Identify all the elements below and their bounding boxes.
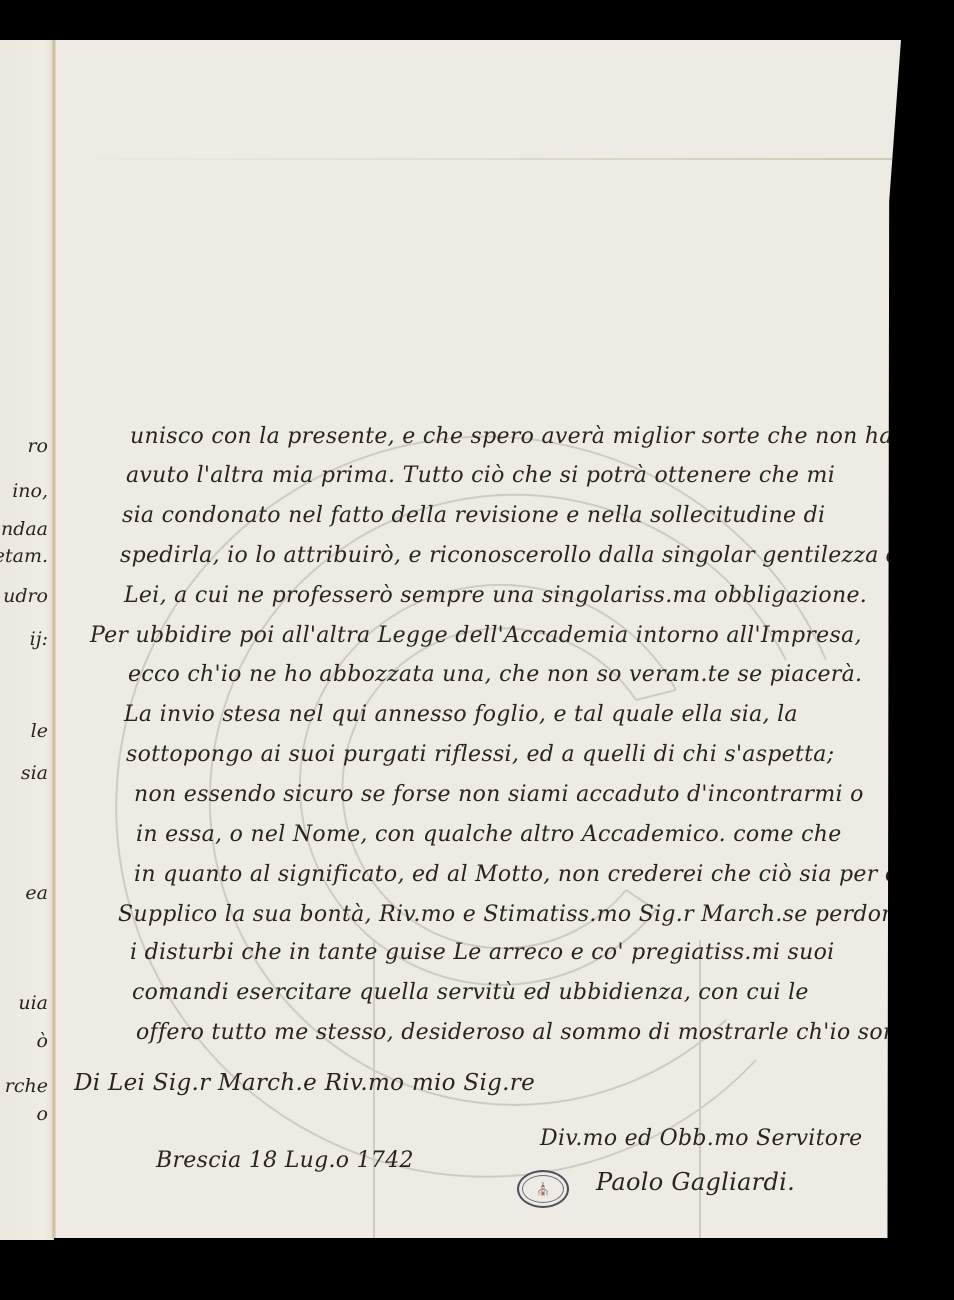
left-page-text: ndaa — [1, 518, 48, 540]
body-line: Per ubbidire poi all'altra Legge dell'Ac… — [90, 623, 862, 648]
body-line: comandi esercitare quella servitù ed ubb… — [132, 980, 809, 1005]
left-page-text: ro — [27, 435, 48, 457]
left-page-text: rche — [5, 1075, 48, 1097]
paper-fold — [56, 158, 901, 160]
left-page-text: ea — [25, 882, 48, 904]
left-page-text: uia — [18, 992, 48, 1014]
body-line: in quanto al significato, ed al Motto, n… — [134, 862, 901, 887]
body-line: Supplico la sua bontà, Riv.mo e Stimatis… — [118, 902, 901, 927]
body-line: sottopongo ai suoi purgati riflessi, ed … — [126, 742, 834, 767]
left-page-text: le — [31, 720, 48, 742]
body-line: avuto l'altra mia prima. Tutto ciò che s… — [126, 463, 835, 488]
body-line: i disturbi che in tante guise Le arreco … — [130, 940, 834, 965]
body-line: unisco con la presente, e che spero aver… — [130, 424, 893, 449]
body-line: spedirla, io lo attribuirò, e riconoscer… — [120, 543, 901, 568]
library-stamp: ⛪ — [517, 1170, 569, 1208]
body-line: non essendo sicuro se forse non siami ac… — [134, 782, 864, 807]
left-page-text: ino, — [12, 480, 48, 502]
left-page-text: ò — [37, 1030, 48, 1052]
body-line: offero tutto me stesso, desideroso al so… — [136, 1020, 901, 1045]
body-line: ecco ch'io ne ho abbozzata una, che non … — [128, 662, 862, 687]
closing-line: Di Lei Sig.r March.e Riv.mo mio Sig.re — [74, 1070, 535, 1096]
place-date: Brescia 18 Lug.o 1742 — [156, 1148, 414, 1173]
subscription: Div.mo ed Obb.mo Servitore — [540, 1126, 862, 1151]
body-line: sia condonato nel fatto della revisione … — [122, 503, 825, 528]
left-page-text: sia — [21, 762, 48, 784]
body-line: La invio stesa nel qui annesso foglio, e… — [124, 702, 798, 727]
signature: Paolo Gagliardi. — [596, 1168, 795, 1196]
left-page-text: ij: — [30, 628, 48, 650]
left-page-text: udro — [3, 585, 48, 607]
left-page-text: etam. — [0, 545, 48, 567]
letter-page: unisco con la presente, e che spero aver… — [56, 40, 901, 1238]
body-line: Lei, a cui ne professerò sempre una sing… — [124, 583, 867, 608]
left-page-text: o — [37, 1103, 48, 1125]
body-line: in essa, o nel Nome, con qualche altro A… — [136, 822, 842, 847]
left-page-fragment: ro ino, ndaa etam. udro ij: le sia ea ui… — [0, 40, 54, 1240]
building-icon: ⛪ — [536, 1182, 551, 1196]
book-gutter — [52, 40, 56, 1238]
